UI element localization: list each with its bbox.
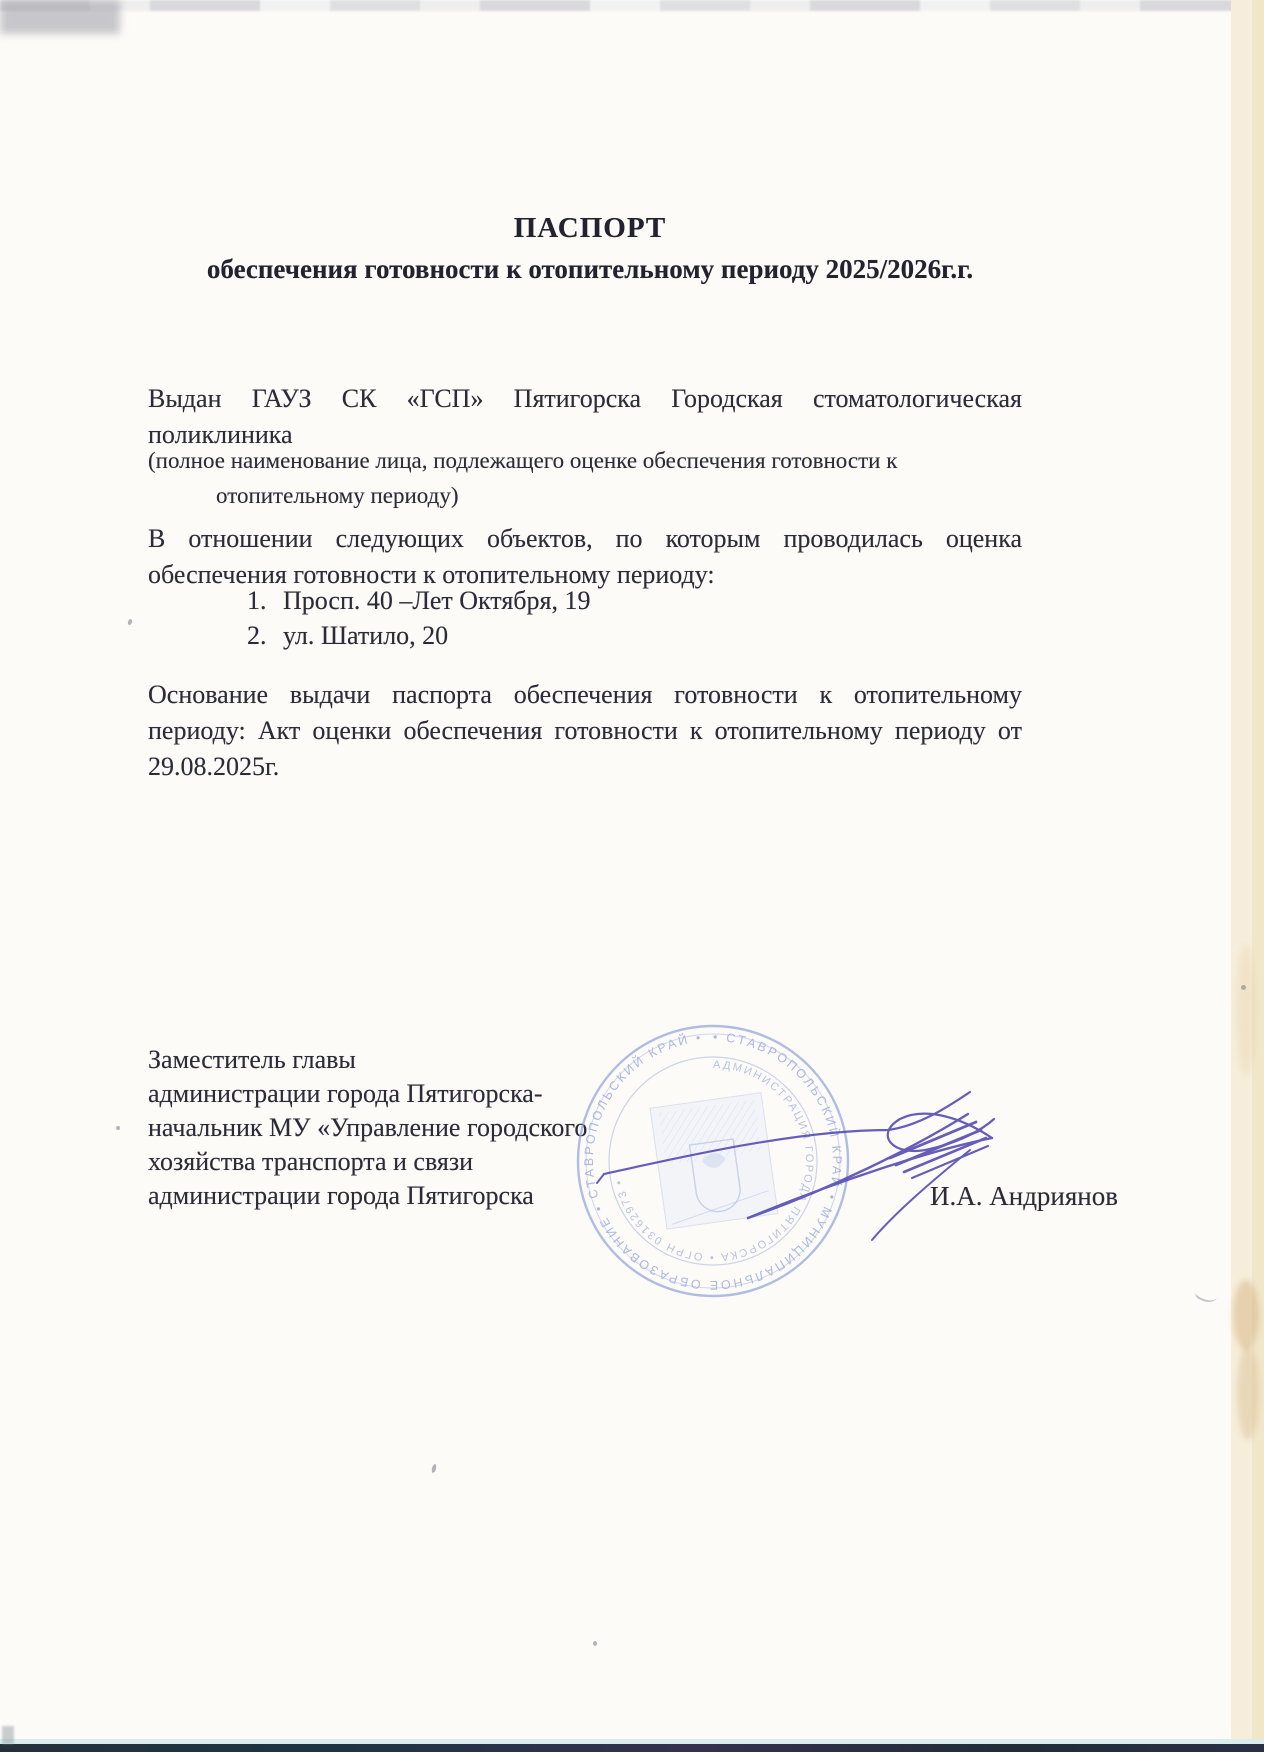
scan-bottom-cyan-line [0,1739,1264,1744]
signatory-line: администрации города Пятигорска [148,1179,618,1213]
list-item: 1. Просп. 40 –Лет Октября, 19 [247,583,590,618]
objects-list: 1. Просп. 40 –Лет Октября, 19 2. ул. Шат… [247,583,590,653]
issued-to-caption-line2: отопительному периоду) [148,478,1022,513]
signatory-title-block: Заместитель главы администрации города П… [148,1043,618,1213]
scan-squiggle-mark [1194,1282,1221,1306]
document-title-block: ПАСПОРТ обеспечения готовности к отопите… [0,212,1180,285]
list-item: 2. ул. Шатило, 20 [247,618,590,653]
scan-speck [593,1641,597,1646]
scan-speck [127,618,133,625]
list-item-text: Просп. 40 –Лет Октября, 19 [283,583,590,618]
signatory-line: администрации города Пятигорска- [148,1077,618,1111]
scan-corner-mark [2,1726,14,1744]
signatory-line: хозяйства транспорта и связи [148,1145,618,1179]
scan-stain [1233,1280,1259,1350]
issued-to-line1: ВыданГАУЗСК«ГСП»ПятигорскаГородскаястома… [148,381,1022,417]
scan-noise-top-blob [0,0,120,34]
scanned-document-page: ПАСПОРТ обеспечения готовности к отопите… [0,0,1264,1752]
handwritten-signature [590,1018,1030,1248]
signatory-line: Заместитель главы [148,1043,618,1077]
scan-stain [1236,945,1256,1075]
issued-to-caption: (полное наименование лица, подлежащего о… [148,443,1022,513]
document-title: ПАСПОРТ [0,212,1180,245]
scan-speck [431,1464,437,1474]
basis-line1: Основаниевыдачипаспортаобеспеченияготовн… [148,677,1022,713]
list-item-number: 2. [247,618,283,653]
scan-speck [1241,985,1246,990]
list-item-number: 1. [247,583,283,618]
list-item-text: ул. Шатило, 20 [283,618,448,653]
objects-intro-line1: Вотношенииследующихобъектов,покоторымпро… [148,521,1022,557]
issued-to-caption-line1: (полное наименование лица, подлежащего о… [148,443,1022,478]
scan-bottom-dark-strip [0,1744,1264,1752]
document-subtitle: обеспечения готовности к отопительному п… [0,254,1180,285]
basis-line2: периоду:Актоценкиобеспеченияготовностико… [148,713,1022,749]
signatory-line: начальник МУ «Управление городского [148,1111,618,1145]
scan-noise-top-band [0,0,1264,11]
basis-line3: 29.08.2025г. [148,749,1022,785]
scan-stain [1237,1345,1259,1440]
basis-paragraph: Основаниевыдачипаспортаобеспеченияготовн… [148,677,1022,785]
scan-page-edge-strip-dark [1252,0,1264,1752]
scan-speck [116,1126,120,1130]
scan-page-edge-strip [1231,0,1264,1752]
